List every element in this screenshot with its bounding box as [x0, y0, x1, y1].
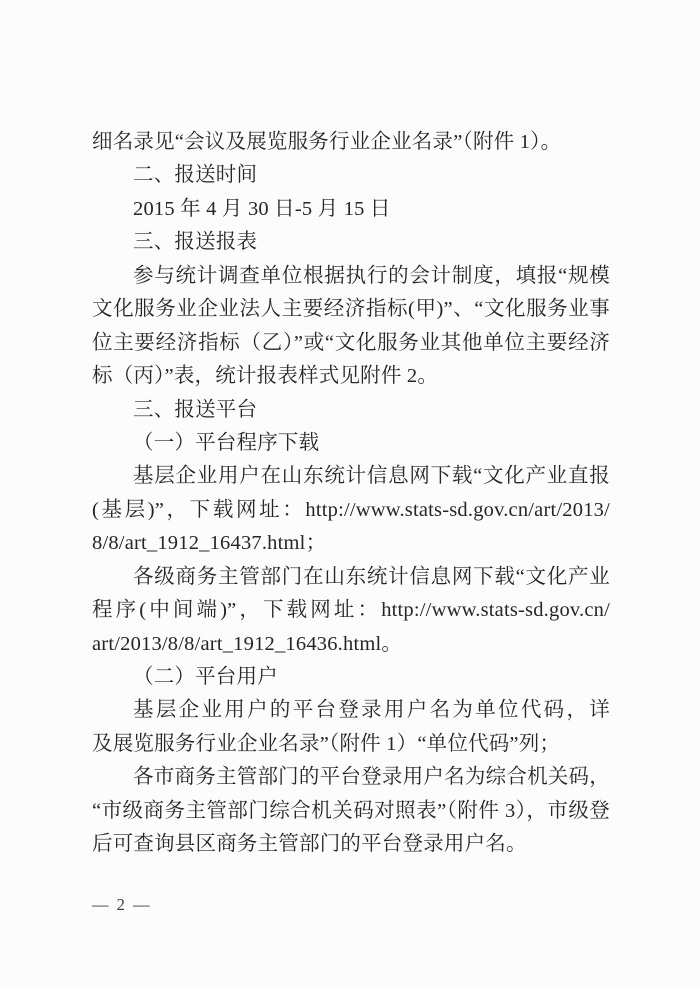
text-line: 各级商务主管部门在山东统计信息网下载“文化产业直报: [92, 561, 610, 594]
text-line: 文化服务业企业法人主要经济指标(甲)”、“文化服务业事业单: [92, 293, 610, 326]
heading-line: （二）平台用户: [92, 661, 610, 694]
text-line-url: art/2013/8/8/art_1912_16436.html。: [92, 628, 610, 661]
heading-line: 三、报送报表: [92, 226, 610, 259]
text-line: 参与统计调查单位根据执行的会计制度，填报“规模以下: [92, 260, 610, 293]
heading-line: （一）平台程序下载: [92, 427, 610, 460]
text-line: 基层企业用户在山东统计信息网下载“文化产业直报程序: [92, 460, 610, 493]
document-page: 细名录见“会议及展览服务行业企业名录”（附件 1）。 二、报送时间 2015 年…: [0, 0, 700, 990]
text-line-url: 8/8/art_1912_16437.html；: [92, 527, 610, 560]
text-line: 位主要经济指标（乙）”或“文化服务业其他单位主要经济指: [92, 327, 610, 360]
text-line: 2015 年 4 月 30 日-5 月 15 日: [92, 193, 610, 226]
text-line: “市级商务主管部门综合机关码对照表”（附件 3），市级登录: [92, 795, 610, 828]
text-line: 及展览服务行业企业名录”（附件 1）“单位代码”列；: [92, 728, 610, 761]
text-line-url: (基层)”，下载网址：http://www.stats-sd.gov.cn/ar…: [92, 494, 610, 527]
text-line: 标（丙）”表，统计报表样式见附件 2。: [92, 360, 610, 393]
text-line: 后可查询县区商务主管部门的平台登录用户名。: [92, 828, 610, 861]
heading-line: 二、报送时间: [92, 159, 610, 192]
text-line: 细名录见“会议及展览服务行业企业名录”（附件 1）。: [92, 126, 610, 159]
text-line: 各市商务主管部门的平台登录用户名为综合机关码，详见: [92, 761, 610, 794]
text-line-url: 程序(中间端)”，下载网址：http://www.stats-sd.gov.cn…: [92, 594, 610, 627]
text-line: 基层企业用户的平台登录用户名为单位代码，详见“会议: [92, 694, 610, 727]
heading-line: 三、报送平台: [92, 394, 610, 427]
page-number: — 2 —: [92, 893, 152, 917]
document-body: 细名录见“会议及展览服务行业企业名录”（附件 1）。 二、报送时间 2015 年…: [92, 126, 610, 862]
